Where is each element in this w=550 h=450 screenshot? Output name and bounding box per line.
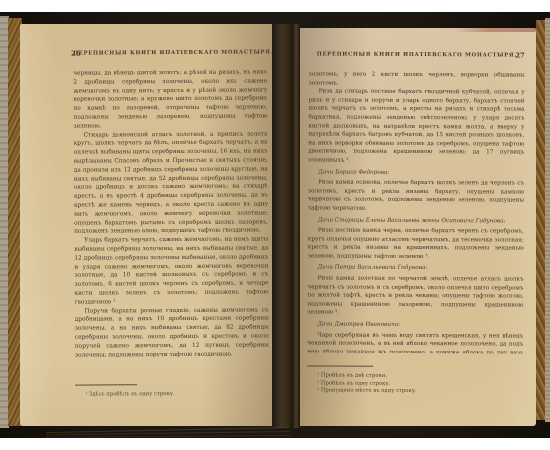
right-running-head: ПЕРЕПИСНЫЯ КНИГИ ИПАТІЕВСКАГО МОНАСТЫРЯ.… [309,51,525,63]
paragraph: золотомъ; у него 2 кисти шолкъ черленъ, … [309,70,525,88]
page-edge-stack [46,424,290,442]
right-page-content: ПЕРЕПИСНЫЯ КНИГИ ИПАТІЕВСКАГО МОНАСТЫРЯ.… [307,51,525,353]
paragraph: Ризы камка осинова, оплечье бархатъ шолк… [308,179,524,215]
paragraph: Чара серебряная въ чемъ воду святятъ кре… [307,331,523,354]
right-running-title: ПЕРЕПИСНЫЯ КНИГИ ИПАТІЕВСКАГО МОНАСТЫРЯ. [309,51,525,58]
left-page: 26 ПЕРЕПИСНЫЯ КНИГИ ИПАТІЕВСКАГО МОНАСТЫ… [20,24,272,426]
right-page: ПЕРЕПИСНЫЯ КНИГИ ИПАТІЕВСКАГО МОНАСТЫРЯ.… [300,28,536,426]
left-page-body: черницы, да вѣнецъ шитой золотъ; а рѣзей… [73,68,269,357]
paragraph: Ризы постные камка черна, оплечье бархат… [308,227,524,263]
paragraph: черницы, да вѣнецъ шитой золотъ; а рѣзей… [73,68,267,131]
photo-dark-background: 26 ПЕРЕПИСНЫЯ КНИГИ ИПАТІЕВСКАГО МОНАСТЫ… [0,12,550,438]
footnote-rule [307,365,373,366]
footnote: ¹ Здѣсь пробѣлъ въ одну строку. [75,390,269,399]
left-footnote-area: ¹ Здѣсь пробѣлъ въ одну строку. [75,383,269,399]
section-heading: Дачи Старицы Елены Васильевы жены Осипов… [308,216,524,226]
section-heading: Дачи Петра Васильевича Годунова: [308,264,524,274]
page-edge-line [46,435,290,438]
section-heading: Дачи Бориса Федорова: [308,168,524,178]
paragraph: Ризы камка золотная по черчатой землѣ, о… [307,274,523,318]
book-gutter-shadow [272,24,300,428]
left-running-head: 26 ПЕРЕПИСНЫЯ КНИГИ ИПАТІЕВСКАГО МОНАСТЫ… [73,49,267,61]
paragraph: Риза да стихарь постные бархатъ гвоздичн… [308,88,524,166]
book-cover-cloth-edge-right [545,18,550,422]
left-running-title: ПЕРЕПИСНЫЯ КНИГИ ИПАТІЕВСКАГО МОНАСТЫРЯ. [73,49,267,56]
footnote-rule [75,384,137,385]
right-page-body: золотомъ; у него 2 кисти шолкъ черленъ, … [307,70,524,353]
section-heading: Дачи Дмитрея Ивановича: [307,320,523,330]
page-fore-edge-tint [455,28,536,32]
paragraph: Поручи бархаты розные гладкіе, сажены же… [75,306,269,358]
footnote: ³ Пропущено мѣсто въ одну строку. [307,388,523,397]
paragraph: Стихарь дьяконской атласъ золотной, а пр… [74,130,269,237]
right-footnote-area: ¹ Пробѣлъ въ двѣ строки. ² Пробѣлъ въ од… [307,365,523,396]
right-page-number: 27 [515,52,525,60]
paragraph: Уларь бархатъ черчатъ, саженъ жемчюгомъ,… [74,236,268,308]
left-page-content: 26 ПЕРЕПИСНЫЯ КНИГИ ИПАТІЕВСКАГО МОНАСТЫ… [73,49,269,357]
left-page-number: 26 [71,50,81,58]
